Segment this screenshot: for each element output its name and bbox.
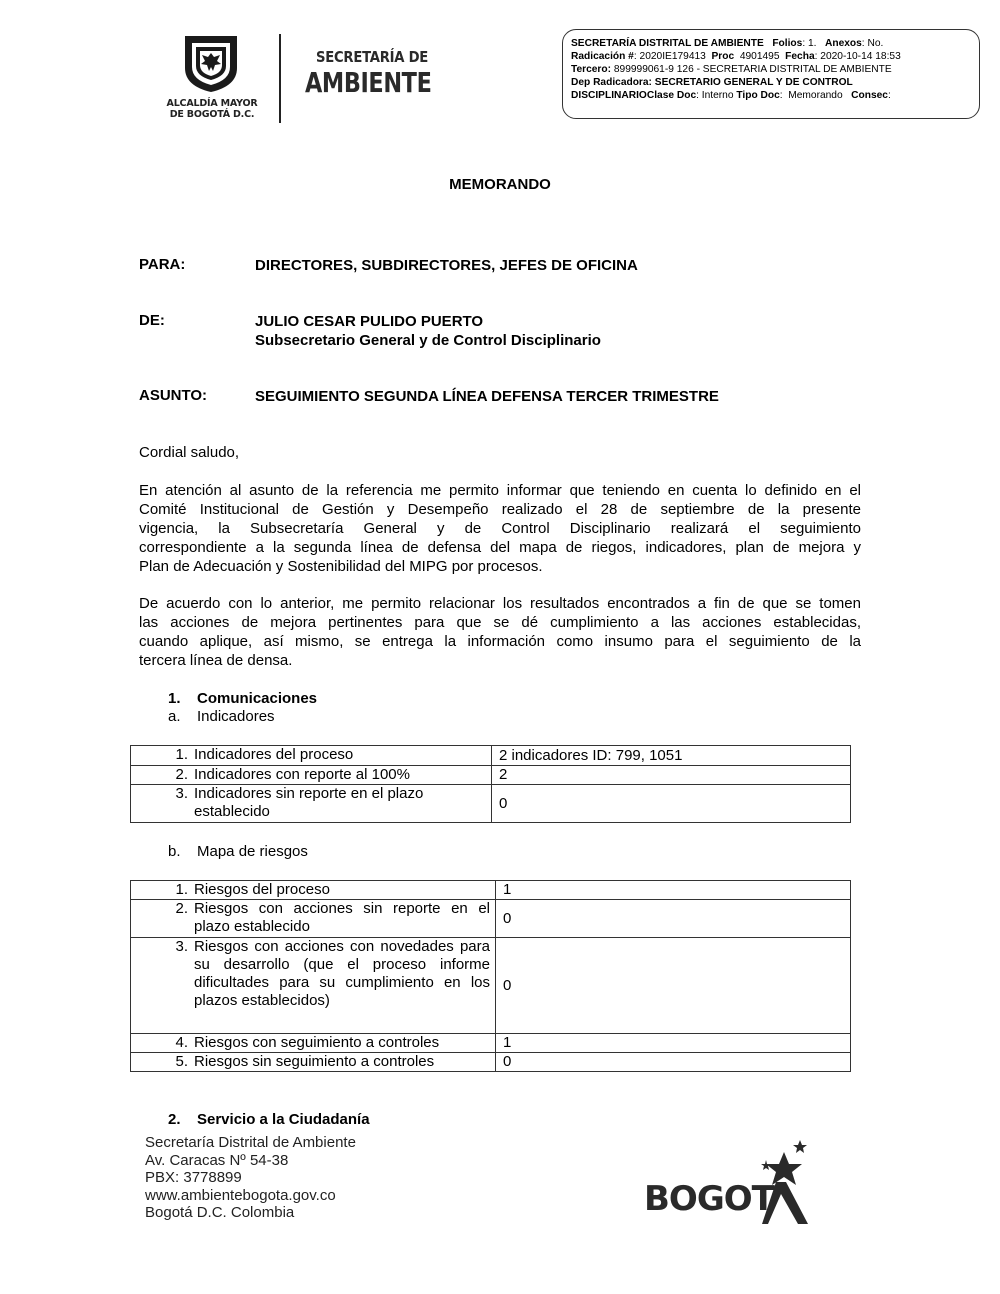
row-number: 5. [131,1053,195,1072]
asunto-value: SEGUIMIENTO SEGUNDA LÍNEA DEFENSA TERCER… [255,387,719,406]
row-value: 0 [496,900,851,938]
asunto-label: ASUNTO: [139,387,207,404]
row-label: Indicadores sin reporte en el plazo esta… [194,785,492,823]
table-row: 2. Indicadores con reporte al 100% 2 [131,766,851,785]
footer-website: www.ambientebogota.gov.co [145,1187,356,1205]
stamp-line-4: Dep Radicadora: SECRETARIO GENERAL Y DE … [571,76,979,89]
p2-line: las acciones de mejora pertinentes para … [139,613,861,632]
table-row: 3. Riesgos con acciones con novedades pa… [131,938,851,1034]
row-label: Indicadores con reporte al 100% [194,766,492,785]
radicacion-stamp: SECRETARÍA DISTRITAL DE AMBIENTE Folios:… [562,29,980,119]
sender-role: Subsecretario General y de Control Disci… [255,331,601,350]
p2-line: De acuerdo con lo anterior, me permito r… [139,594,861,613]
greeting: Cordial saludo, [139,443,861,462]
row-value: 0 [492,785,851,823]
footer-line: Av. Caracas Nº 54-38 [145,1152,356,1170]
row-number: 3. [131,785,195,823]
row-label: Riesgos sin seguimiento a controles [194,1053,496,1072]
stamp-line-5: DISCIPLINARIOClase Doc: Interno Tipo Doc… [571,89,979,102]
subsection-a-title: Indicadores [197,708,275,725]
indicadores-table: 1. Indicadores del proceso 2 indicadores… [130,745,851,823]
de-value: JULIO CESAR PULIDO PUERTO Subsecretario … [255,312,601,350]
de-label: DE: [139,312,165,329]
subsection-b-letter: b. [168,843,181,860]
row-number: 3. [131,938,195,1034]
alcaldia-line1: ALCALDÍA MAYOR [160,98,264,109]
bogota-logo-text: BOGOT [644,1179,774,1219]
row-value: 0 [496,1053,851,1072]
row-label: Riesgos del proceso [194,881,496,900]
stamp-line-1: SECRETARÍA DISTRITAL DE AMBIENTE Folios:… [571,37,979,50]
footer-line: Secretaría Distrital de Ambiente [145,1134,356,1152]
row-label: Riesgos con seguimiento a controles [194,1034,496,1053]
subsection-b-title: Mapa de riesgos [197,843,308,860]
table-row: 3. Indicadores sin reporte en el plazo e… [131,785,851,823]
row-label: Indicadores del proceso [194,746,492,766]
row-value: 2 [492,766,851,785]
row-label: Riesgos con acciones sin reporte en el p… [194,900,496,938]
footer-address: Secretaría Distrital de Ambiente Av. Car… [145,1134,356,1222]
row-value: 2 indicadores ID: 799, 1051 [492,746,851,766]
p1-line: Comité Institucional de Gestión y Desemp… [139,500,861,519]
row-value: 0 [496,938,851,1034]
section-2-title: Servicio a la Ciudadanía [197,1111,370,1128]
stamp-line-2: Radicación #: 2020IE179413 Proc 4901495 … [571,50,979,63]
para-label: PARA: [139,256,185,273]
p1-line: correspondiente a la segunda línea de de… [139,538,861,557]
footer-line: Bogotá D.C. Colombia [145,1204,356,1222]
section-1-title: Comunicaciones [197,690,317,707]
secretaria-logo-line2: AMBIENTE [305,66,431,99]
table-row: 1. Riesgos del proceso 1 [131,881,851,900]
sender-name: JULIO CESAR PULIDO PUERTO [255,312,601,331]
row-number: 4. [131,1034,195,1053]
table-row: 5. Riesgos sin seguimiento a controles 0 [131,1053,851,1072]
p2-line: cuando aplique, así mismo, se entrega la… [139,632,861,651]
table-row: 4. Riesgos con seguimiento a controles 1 [131,1034,851,1053]
alcaldia-crest-logo [183,34,239,94]
footer-line: PBX: 3778899 [145,1169,356,1187]
p1-line: Plan de Adecuación y Sostenibilidad del … [139,557,861,576]
stamp-line-3: Tercero: 899999061-9 126 - SECRETARIA DI… [571,63,979,76]
table-row: 2. Riesgos con acciones sin reporte en e… [131,900,851,938]
row-value: 1 [496,881,851,900]
paragraph-2: De acuerdo con lo anterior, me permito r… [139,594,861,670]
p2-line: tercera línea de densa. [139,651,861,670]
secretaria-logo-line1: SECRETARÍA DE [316,48,428,66]
row-number: 1. [131,881,195,900]
row-number: 2. [131,766,195,785]
p1-line: En atención al asunto de la referencia m… [139,481,861,500]
table-row: 1. Indicadores del proceso 2 indicadores… [131,746,851,766]
riesgos-table: 1. Riesgos del proceso 1 2. Riesgos con … [130,880,851,1072]
section-2-number: 2. [168,1111,181,1128]
row-number: 2. [131,900,195,938]
para-value: DIRECTORES, SUBDIRECTORES, JEFES DE OFIC… [255,256,638,275]
alcaldia-line2: DE BOGOTÁ D.C. [160,109,264,120]
logo-divider [279,34,281,123]
memo-title: MEMORANDO [0,176,1000,193]
p1-line: vigencia, la Subsecretaría General y de … [139,519,861,538]
row-value: 1 [496,1034,851,1053]
row-number: 1. [131,746,195,766]
section-1-number: 1. [168,690,181,707]
alcaldia-name: ALCALDÍA MAYOR DE BOGOTÁ D.C. [160,98,264,120]
paragraph-1: En atención al asunto de la referencia m… [139,481,861,576]
bogota-logo-star-icon [756,1138,812,1231]
row-label: Riesgos con acciones con novedades para … [194,938,496,1034]
subsection-a-letter: a. [168,708,181,725]
